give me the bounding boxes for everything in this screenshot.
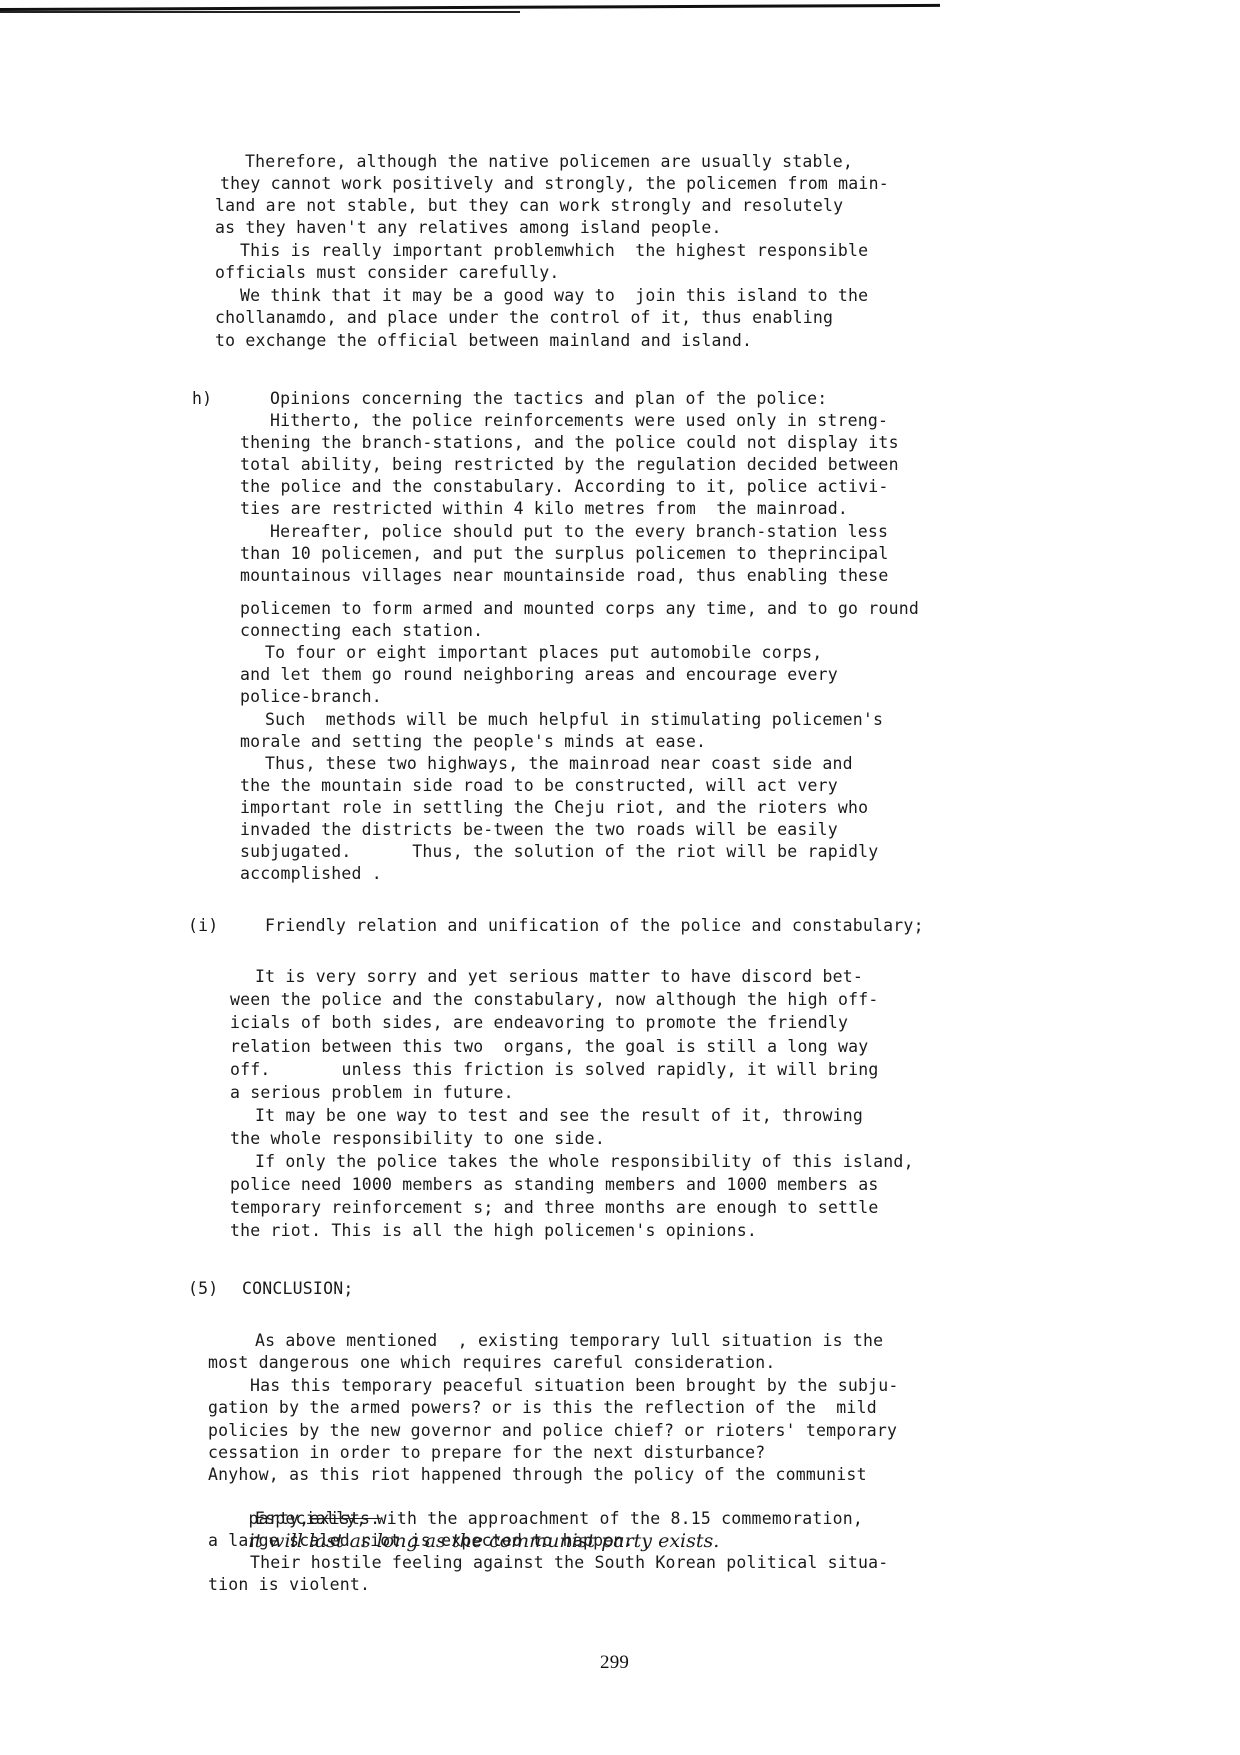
text-line: It is very sorry and yet serious matter … xyxy=(255,966,863,988)
text-line: Anyhow, as this riot happened through th… xyxy=(208,1464,867,1486)
text-line: As above mentioned , existing temporary … xyxy=(255,1330,883,1352)
text-line: land are not stable, but they can work s… xyxy=(215,195,843,217)
text-line: as they haven't any relatives among isla… xyxy=(215,217,722,239)
text-line: ties are restricted within 4 kilo metres… xyxy=(240,498,848,520)
text-line: than 10 policemen, and put the surplus p… xyxy=(240,543,889,565)
text-line: policies by the new governor and police … xyxy=(208,1420,897,1442)
text-line: police-branch. xyxy=(240,686,382,708)
text-line: Has this temporary peaceful situation be… xyxy=(250,1375,899,1397)
text-line: mountainous villages near mountainside r… xyxy=(240,565,889,587)
section-heading: Opinions concerning the tactics and plan… xyxy=(270,388,827,410)
text-line: Therefore, although the native policemen… xyxy=(245,151,853,173)
text-line: gation by the armed powers? or is this t… xyxy=(208,1397,877,1419)
text-line: morale and setting the people's minds at… xyxy=(240,731,706,753)
text-line: icials of both sides, are endeavoring to… xyxy=(230,1012,848,1034)
section-marker: h) xyxy=(192,388,212,410)
text-line: policemen to form armed and mounted corp… xyxy=(240,598,919,620)
text-line: thening the branch-stations, and the pol… xyxy=(240,432,899,454)
text-line: important role in settling the Cheju rio… xyxy=(240,797,868,819)
text-line: Their hostile feeling against the South … xyxy=(250,1552,888,1574)
text-line: To four or eight important places put au… xyxy=(265,642,822,664)
text-line: It may be one way to test and see the re… xyxy=(255,1105,863,1127)
text-line: the the mountain side road to be constru… xyxy=(240,775,838,797)
text-line: Hereafter, police should put to the ever… xyxy=(270,521,888,543)
document-page: Therefore, although the native policemen… xyxy=(0,0,1240,1755)
text-line: the whole responsibility to one side. xyxy=(230,1128,605,1150)
text-line: police need 1000 members as standing mem… xyxy=(230,1174,879,1196)
text-line: This is really important problemwhich th… xyxy=(240,240,868,262)
text-line: ween the police and the constabulary, no… xyxy=(230,989,879,1011)
text-line: and let them go round neighboring areas … xyxy=(240,664,838,686)
text-line: most dangerous one which requires carefu… xyxy=(208,1352,776,1374)
text-line: tion is violent. xyxy=(208,1574,370,1596)
text-line: If only the police takes the whole respo… xyxy=(255,1151,914,1173)
text-line: Especially, with the approachment of the… xyxy=(255,1508,863,1530)
text-line: subjugated. Thus, the solution of the ri… xyxy=(240,841,878,863)
text-line: off. unless this friction is solved rapi… xyxy=(230,1059,879,1081)
text-line: accomplished . xyxy=(240,863,382,885)
text-line: connecting each station. xyxy=(240,620,483,642)
text-line: total ability, being restricted by the r… xyxy=(240,454,899,476)
text-line: invaded the districts be-tween the two r… xyxy=(240,819,838,841)
section-heading: Friendly relation and unification of the… xyxy=(265,915,924,937)
text-line: Such methods will be much helpful in sti… xyxy=(265,709,883,731)
text-line: chollanamdo, and place under the control… xyxy=(215,307,833,329)
text-line: officials must consider carefully. xyxy=(215,262,560,284)
text-line: Hitherto, the police reinforcements were… xyxy=(270,410,888,432)
text-line: a large scaled riot is expected to happe… xyxy=(208,1530,634,1552)
text-line: the riot. This is all the high policemen… xyxy=(230,1220,757,1242)
text-line: temporary reinforcement s; and three mon… xyxy=(230,1197,879,1219)
text-line: the police and the constabulary. Accordi… xyxy=(240,476,889,498)
text-line: Thus, these two highways, the mainroad n… xyxy=(265,753,853,775)
page-number: 299 xyxy=(600,1652,629,1674)
text-line: they cannot work positively and strongly… xyxy=(220,173,889,195)
section-marker: (i) xyxy=(188,915,218,937)
text-line: We think that it may be a good way to jo… xyxy=(240,285,868,307)
text-line: relation between this two organs, the go… xyxy=(230,1036,868,1058)
section-marker: (5) xyxy=(188,1278,218,1300)
text-line: a serious problem in future. xyxy=(230,1082,514,1104)
section-heading: CONCLUSION; xyxy=(242,1278,353,1300)
text-line: to exchange the official between mainlan… xyxy=(215,330,752,352)
text-line: cessation in order to prepare for the ne… xyxy=(208,1442,765,1464)
